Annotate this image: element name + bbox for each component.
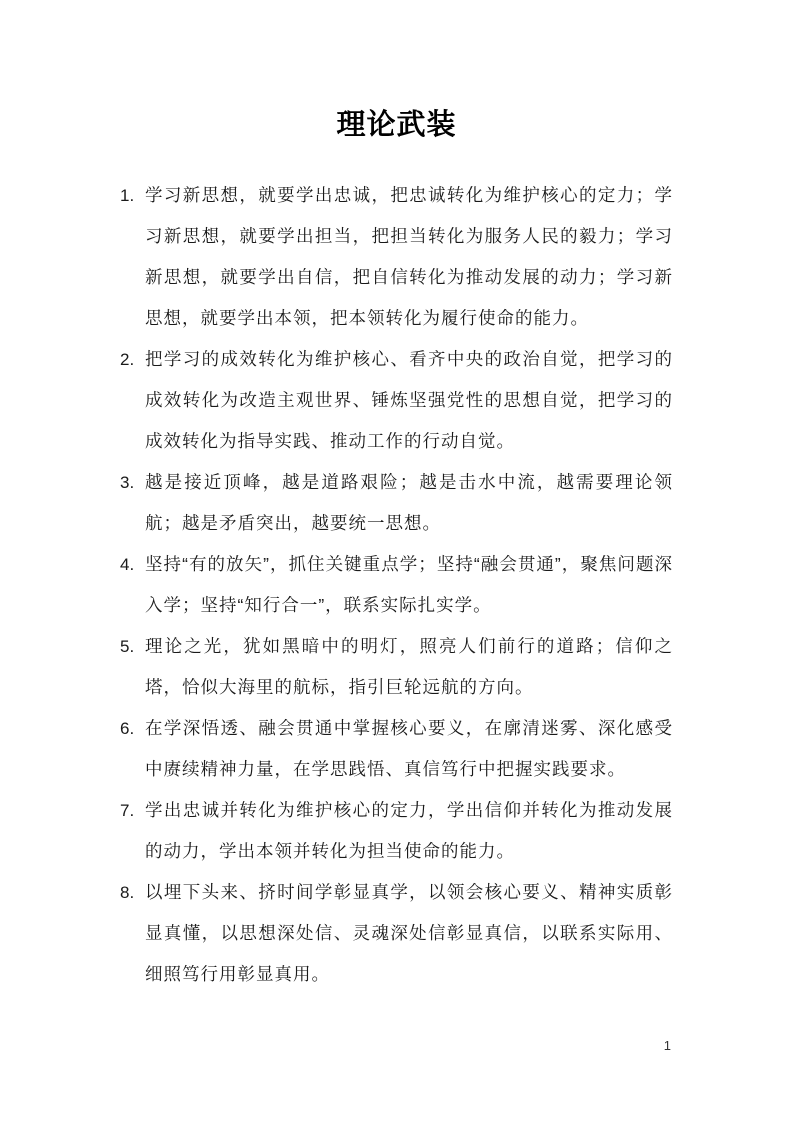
list-item-text: 把学习的成效转化为维护核心、看齐中央的政治自觉，把学习的成效转化为改造主观世界、… [145,339,673,462]
page-number: 1 [664,1038,671,1054]
list-item: 1.学习新思想，就要学出忠诚，把忠诚转化为维护核心的定力；学习新思想，就要学出担… [120,175,673,339]
list-item: 3.越是接近顶峰，越是道路艰险；越是击水中流，越需要理论领航；越是矛盾突出，越要… [120,462,673,544]
list-item-text: 以埋下头来、挤时间学彰显真学，以领会核心要义、精神实质彰显真懂，以思想深处信、灵… [145,872,673,995]
list-item-number: 6. [120,708,145,749]
list-item-text: 在学深悟透、融会贯通中掌握核心要义，在廓清迷雾、深化感受中赓续精神力量，在学思践… [145,708,673,790]
list-item: 4.坚持“有的放矢”，抓住关键重点学；坚持“融会贯通”，聚焦问题深入学；坚持“知… [120,544,673,626]
list-item-number: 2. [120,339,145,380]
list-item-text: 越是接近顶峰，越是道路艰险；越是击水中流，越需要理论领航；越是矛盾突出，越要统一… [145,462,673,544]
list-item: 2.把学习的成效转化为维护核心、看齐中央的政治自觉，把学习的成效转化为改造主观世… [120,339,673,462]
list-item-number: 1. [120,175,145,216]
page-title: 理论武装 [120,105,673,146]
list-item: 5.理论之光，犹如黑暗中的明灯，照亮人们前行的道路；信仰之塔，恰似大海里的航标，… [120,626,673,708]
list-item: 6.在学深悟透、融会贯通中掌握核心要义，在廓清迷雾、深化感受中赓续精神力量，在学… [120,708,673,790]
list-item-text: 理论之光，犹如黑暗中的明灯，照亮人们前行的道路；信仰之塔，恰似大海里的航标，指引… [145,626,673,708]
list-item-text: 学习新思想，就要学出忠诚，把忠诚转化为维护核心的定力；学习新思想，就要学出担当，… [145,175,673,339]
list-item-number: 4. [120,544,145,585]
list-item: 8.以埋下头来、挤时间学彰显真学，以领会核心要义、精神实质彰显真懂，以思想深处信… [120,872,673,995]
list-item-number: 3. [120,462,145,503]
list-item-text: 学出忠诚并转化为维护核心的定力，学出信仰并转化为推动发展的动力，学出本领并转化为… [145,790,673,872]
list-item-text: 坚持“有的放矢”，抓住关键重点学；坚持“融会贯通”，聚焦问题深入学；坚持“知行合… [145,544,673,626]
list-item-number: 5. [120,626,145,667]
document-page: 理论武装 1.学习新思想，就要学出忠诚，把忠诚转化为维护核心的定力；学习新思想，… [0,0,793,1122]
list-item: 7.学出忠诚并转化为维护核心的定力，学出信仰并转化为推动发展的动力，学出本领并转… [120,790,673,872]
numbered-list: 1.学习新思想，就要学出忠诚，把忠诚转化为维护核心的定力；学习新思想，就要学出担… [120,175,673,995]
list-item-number: 8. [120,872,145,913]
list-item-number: 7. [120,790,145,831]
